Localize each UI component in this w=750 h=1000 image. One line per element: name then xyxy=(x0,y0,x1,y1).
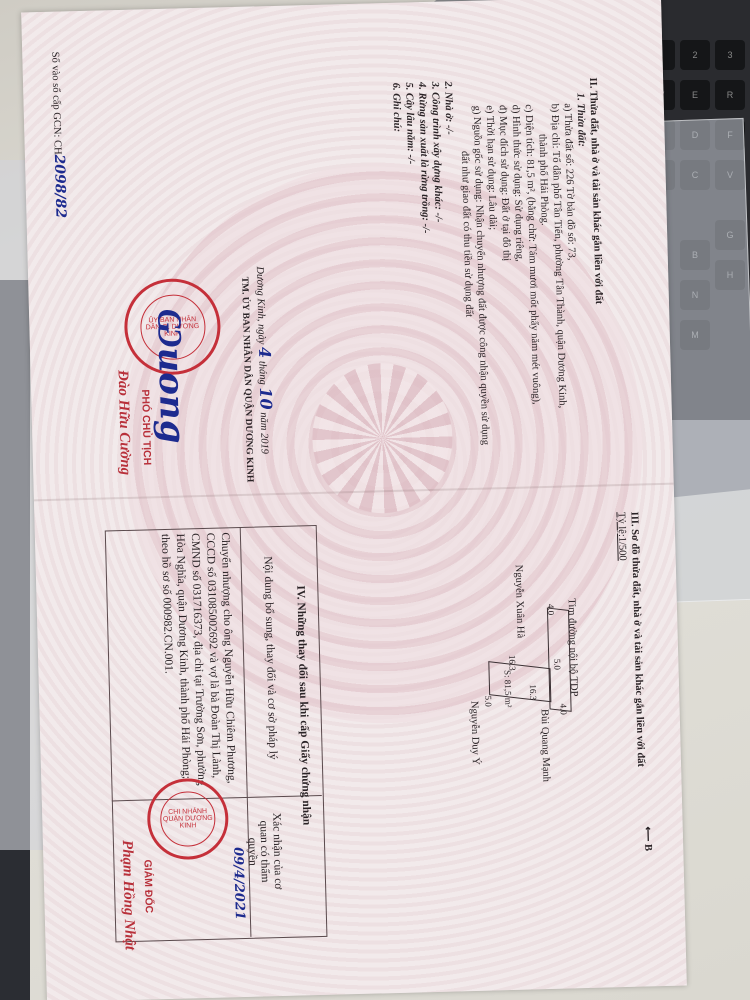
signature: Ѡuong xyxy=(149,308,193,444)
confirm-date: 09/4/2021 xyxy=(231,847,245,920)
key: 2 xyxy=(680,40,710,70)
confirm-signer: Phạm Hồng Nhật xyxy=(118,840,138,950)
key: R xyxy=(715,80,745,110)
house-item: 2. Nhà ở: -/- xyxy=(441,81,455,135)
neighbor-left: Nguyễn Xuân Hà xyxy=(511,565,525,639)
address-line2: thành phố Hải Phòng. xyxy=(535,134,550,226)
neighbor-bottom: Nguyễn Duy Ý xyxy=(467,701,481,765)
dim-top: 5.0 xyxy=(551,659,564,671)
confirm-position: GIÁM ĐỐC xyxy=(141,859,155,913)
map-scale: Tỷ lệ:1/500 xyxy=(614,512,628,561)
parcel-outline xyxy=(488,661,551,702)
register-number: Số vào sổ cấp GCN: CH2098/82 xyxy=(48,51,67,218)
signer-position: PHÓ CHỦ TỊCH xyxy=(139,389,153,465)
section2-sub1: 1. Thửa đất: xyxy=(573,93,587,147)
stamp-text: CHI NHÁNH QUẬN DƯƠNG KINH xyxy=(160,791,216,847)
signer-name: Đào Hữu Cường xyxy=(114,370,134,476)
land-use-certificate: Số vào sổ cấp GCN: CH2098/82 II. Thửa đấ… xyxy=(21,0,687,1000)
dim-road-left: 4.0 xyxy=(544,604,557,616)
dim-bottom: 5.0 xyxy=(482,695,495,707)
dim-road-right: 4.0 xyxy=(557,703,570,715)
key: 3 xyxy=(715,40,745,70)
arrow-icon: ⟵ xyxy=(642,826,653,841)
section3-title: III. Sơ đồ thửa đất, nhà ở và tài sản kh… xyxy=(627,512,646,768)
perennial-item: 5. Cây lâu năm: -/- xyxy=(402,82,417,164)
col2-header: Xác nhận của cơ quan có thẩm quyền xyxy=(245,806,285,897)
dim-right-side: 16.3 xyxy=(526,684,539,700)
neighbor-right: Bùi Quang Mạnh xyxy=(537,709,551,782)
notes-item: 6. Ghi chú: xyxy=(389,83,403,133)
dim-left-side: 16.3 xyxy=(506,655,519,671)
parcel-area: S: 81,5 m² xyxy=(501,670,514,708)
section2-title: II. Thửa đất, nhà ở và tài sản khác gắn … xyxy=(586,77,604,304)
key: E xyxy=(680,80,710,110)
north-arrow: ⟵ B xyxy=(640,826,653,851)
